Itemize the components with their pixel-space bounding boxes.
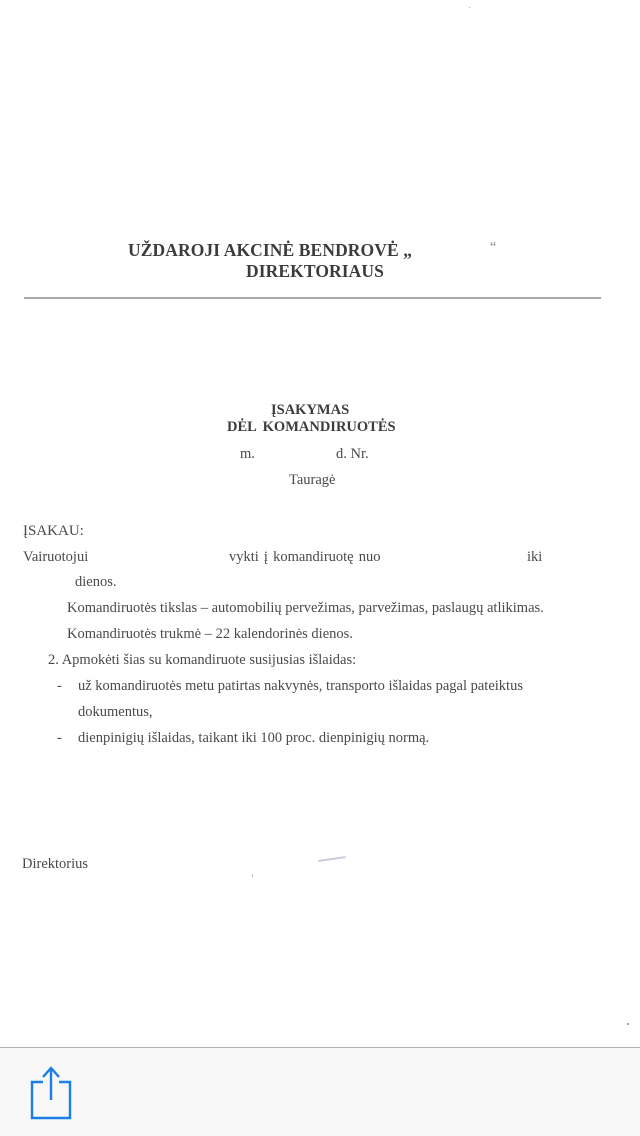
- document-viewer[interactable]: UŽDAROJI AKCINĖ BENDROVĖ „ “ DIREKTORIAU…: [0, 0, 640, 1047]
- document-page: UŽDAROJI AKCINĖ BENDROVĖ „ “ DIREKTORIAU…: [0, 0, 640, 1047]
- share-icon: [28, 1062, 76, 1124]
- bottom-toolbar: [0, 1047, 640, 1136]
- city-name: Tauragė: [289, 472, 335, 489]
- scan-speck: [627, 1023, 629, 1025]
- share-button[interactable]: [28, 1062, 76, 1124]
- trip-text: vykti į komandiruotę nuo: [229, 549, 381, 566]
- company-header-line2: DIREKTORIAUS: [246, 261, 384, 282]
- scan-speck: [469, 7, 470, 8]
- trip-duration: Komandiruotės trukmė – 22 kalendorinės d…: [67, 626, 353, 643]
- bullet-dash: -: [57, 678, 62, 695]
- signature-label: Direktorius: [22, 856, 88, 873]
- document-title: ĮSAKYMAS: [271, 402, 349, 419]
- date-day-number: d. Nr.: [336, 446, 369, 463]
- company-header-close-quote: “: [490, 240, 496, 256]
- trip-days: dienos.: [75, 574, 116, 591]
- company-header-line1: UŽDAROJI AKCINĖ BENDROVĖ „: [128, 240, 412, 261]
- driver-label: Vairuotojui: [23, 549, 88, 566]
- bullet-item-lodging-cont: dokumentus,: [78, 704, 153, 721]
- bullet-item-per-diem: dienpinigių išlaidas, taikant iki 100 pr…: [78, 730, 429, 747]
- signature-stroke: [318, 856, 346, 862]
- bullet-dash: -: [57, 730, 62, 747]
- bullet-item-lodging: už komandiruotės metu patirtas nakvynės,…: [78, 678, 523, 695]
- date-year-suffix: m.: [240, 446, 255, 463]
- header-divider: [24, 297, 601, 299]
- expenses-heading: 2. Apmokėti šias su komandiruote susijus…: [48, 652, 356, 669]
- trip-purpose: Komandiruotės tikslas – automobilių perv…: [67, 600, 544, 617]
- trip-until: iki: [527, 549, 542, 566]
- order-heading: ĮSAKAU:: [23, 523, 84, 540]
- document-subtitle: DĖL KOMANDIRUOTĖS: [227, 419, 396, 436]
- signature-mark: [252, 874, 253, 877]
